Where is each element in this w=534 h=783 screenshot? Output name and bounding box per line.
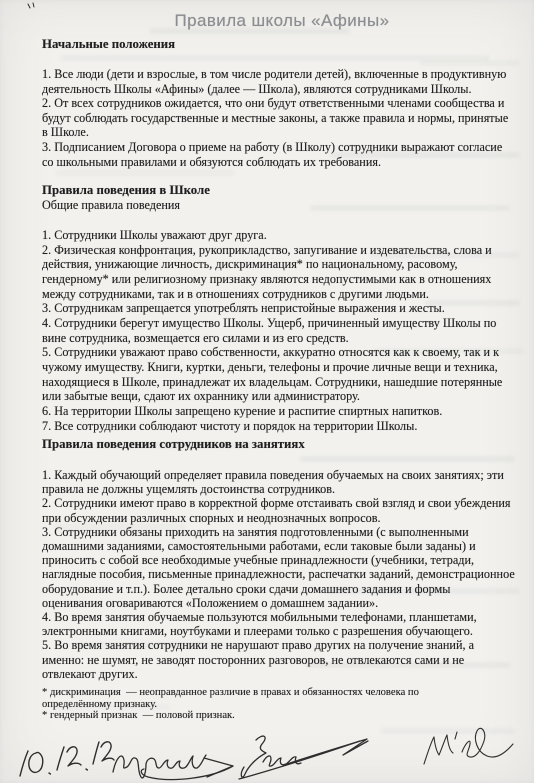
signature-3	[424, 728, 513, 764]
section-subheading-text: Общие правила поведения	[42, 198, 528, 213]
section-heading-school-conduct: Правила поведения в ШколеОбщие правила п…	[42, 183, 528, 213]
bleed-through-mark	[420, 60, 520, 66]
signature-1	[113, 755, 233, 780]
signature-2	[239, 736, 368, 779]
bleed-through-mark	[380, 728, 515, 734]
section-heading-text: Правила поведения в Школе	[42, 183, 528, 198]
section-body-initial-provisions: 1. Все люди (дети и взрослые, в том числ…	[42, 67, 528, 169]
section-heading-initial-provisions: Начальные положения	[42, 37, 528, 52]
handwritten-date	[20, 742, 114, 776]
section-heading-class-conduct: Правила поведения сотрудников на занятия…	[42, 437, 528, 452]
document-title: Правила школы «Афины»	[41, 11, 523, 31]
footnotes: * дискриминация — неоправданное различие…	[42, 687, 462, 722]
bleed-through-mark	[300, 456, 515, 462]
bleed-through-mark	[60, 55, 490, 61]
scanned-document-page: Правила школы «Афины» Начальные положени…	[0, 0, 534, 783]
section-body-class-conduct: 1. Каждый обучающий определяет правила п…	[42, 468, 528, 681]
section-body-school-conduct: 1. Сотрудники Школы уважают друг друга. …	[42, 228, 528, 433]
bleed-through-mark	[55, 170, 235, 176]
pen-mark	[28, 3, 34, 8]
